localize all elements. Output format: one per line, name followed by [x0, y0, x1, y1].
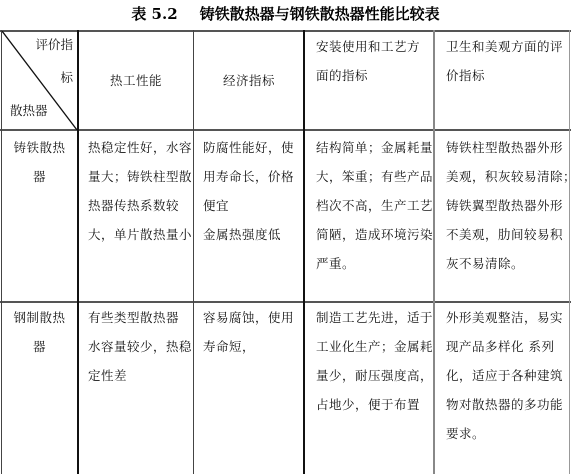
comparison-table: 评价指 标 散热器 热工性能 经济指标 安装使用和工艺方 面的指标 卫生和美观方…: [0, 0, 571, 474]
column-header-economic: 经济指标: [195, 66, 303, 95]
column-header-thermal: 热工性能: [79, 66, 193, 95]
cast-iron-installation-cell: 结构简单；金属耗量 大，笨重；有些产品 档次不高，生产工艺 简陋，造成环境污染 …: [316, 133, 432, 278]
column-header-hygiene: 卫生和美观方面的评 价指标: [446, 32, 568, 90]
corner-label-index: 标: [60, 68, 73, 86]
corner-header-cell: 评价指 标 散热器: [2, 31, 77, 130]
steel-installation-cell: 制造工艺先进，适于 工业化生产；金属耗 量少，耐压强度高， 占地少，便于布置: [316, 303, 432, 419]
cast-iron-hygiene-cell: 铸铁柱型散热器外形 美观，积灰较易清除； 铸铁翼型散热器外形 不美观，肋间较易积…: [446, 133, 568, 278]
cast-iron-economic-cell: 防腐性能好，使 用寿命长，价格 便宜 金属热强度低: [203, 133, 303, 249]
header-row-divider: [0, 129, 571, 131]
column-divider-3: [303, 30, 305, 474]
column-header-installation: 安装使用和工艺方 面的指标: [316, 32, 432, 90]
corner-label-radiator: 散热器: [10, 101, 48, 119]
cast-iron-thermal-cell: 热稳定性好，水容 量大；铸铁柱型散 热器传热系数较 大，单片散热量小: [88, 133, 192, 249]
column-divider-2: [193, 30, 194, 474]
column-divider-4: [433, 30, 435, 474]
row-header-cast-iron: 铸铁散热 器: [3, 133, 76, 191]
row-header-steel: 钢制散热 器: [3, 303, 76, 361]
column-divider-1: [77, 30, 79, 474]
steel-economic-cell: 容易腐蚀，使用 寿命短，: [203, 303, 303, 361]
corner-label-evaluation: 评价指: [35, 35, 73, 53]
steel-hygiene-cell: 外形美观整洁，易实 现产品多样化 系列 化，适应于各种建筑 物对散热器的多功能 …: [446, 303, 568, 448]
steel-thermal-cell: 有些类型散热器 水容量较少，热稳 定性差: [88, 303, 192, 390]
table-right-border: [569, 30, 570, 474]
